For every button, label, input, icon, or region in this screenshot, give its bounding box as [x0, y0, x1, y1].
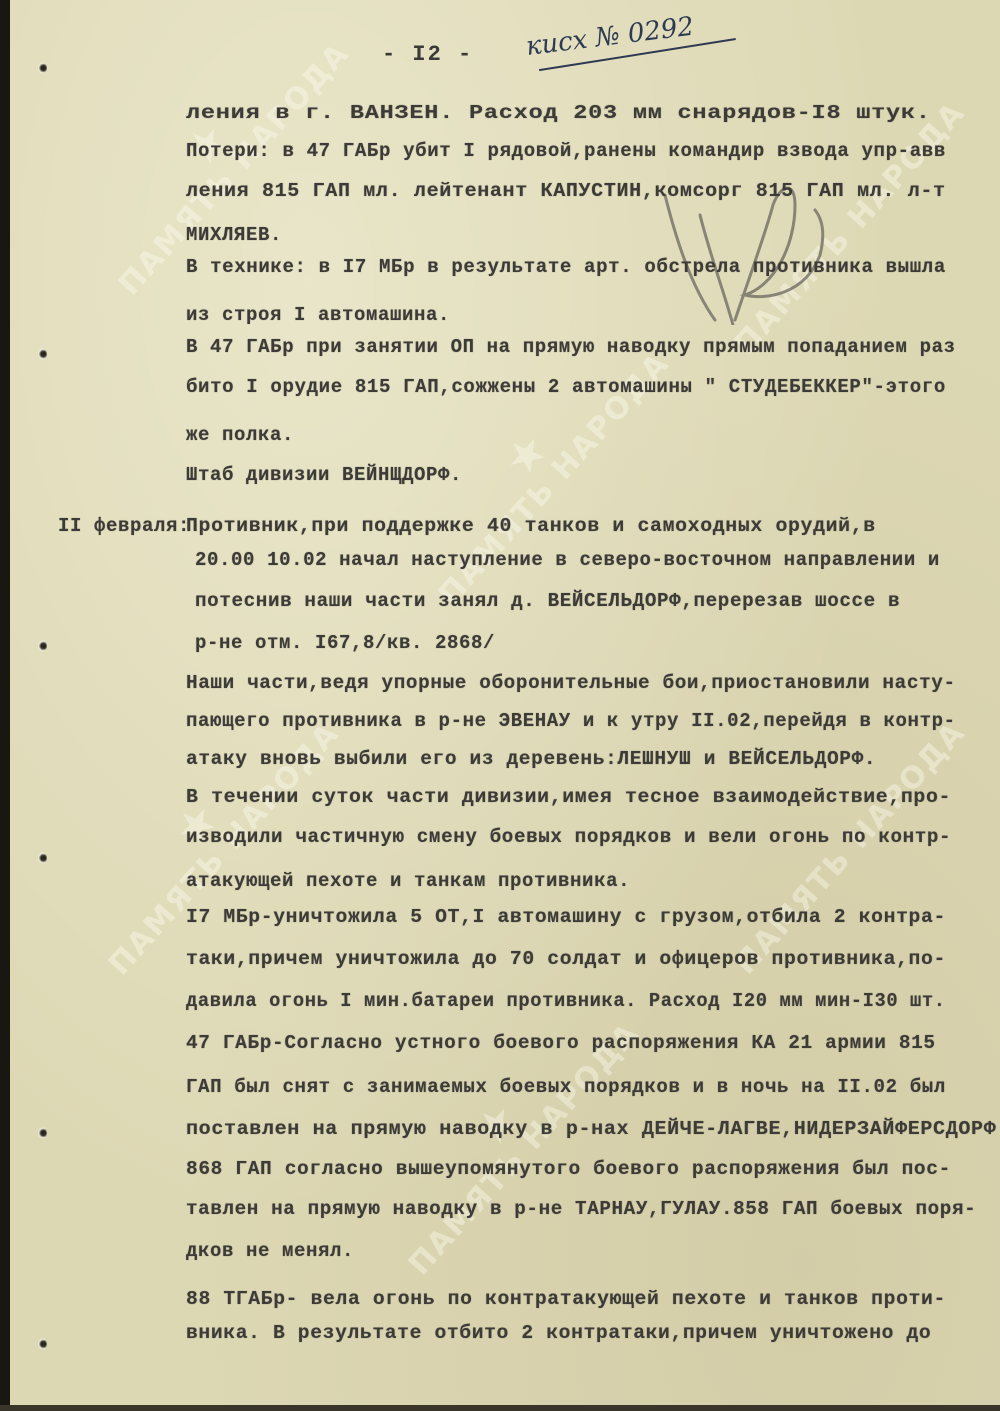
text-line: В течении суток части дивизии,имея тесно… — [186, 786, 951, 808]
text-line: поставлен на прямую наводку в р-нах ДЕЙЧ… — [186, 1118, 996, 1140]
text-line: 47 ГАБр-Согласно устного боевого распоря… — [186, 1032, 936, 1054]
text-line: В 47 ГАБр при занятии ОП на прямую навод… — [186, 336, 956, 358]
text-line: Противник,при поддержке 40 танков и само… — [186, 515, 876, 537]
text-line: Потери: в 47 ГАБр убит I рядовой,ранены … — [186, 140, 946, 162]
text-line: ления в г. ВАНЗЕН. Расход 203 мм снарядо… — [186, 102, 931, 124]
punch-hole — [38, 852, 47, 864]
text-line: тавлен на прямую наводку в р-не ТАРНАУ,Г… — [186, 1198, 976, 1220]
page-number: - I2 - — [382, 42, 473, 67]
text-line: атаку вновь выбили его из деревень:ЛЕШНУ… — [186, 748, 876, 770]
text-line: 20.00 10.02 начал наступление в северо-в… — [195, 549, 940, 571]
text-line: ГАП был снят с занимаемых боевых порядко… — [186, 1076, 946, 1098]
punch-hole — [38, 1127, 47, 1139]
text-line: МИХЛЯЕВ. — [186, 224, 282, 246]
text-line: Наши части,ведя упорные оборонительные б… — [186, 672, 956, 694]
text-line: В технике: в I7 МБр в результате арт. об… — [186, 256, 946, 278]
page-edge — [0, 1405, 1000, 1411]
text-line: таки,причем уничтожила до 70 солдат и оф… — [186, 948, 946, 970]
text-line: ления 815 ГАП мл. лейтенант КАПУСТИН,ком… — [186, 180, 946, 202]
text-line: атакующей пехоте и танкам противника. — [186, 870, 630, 892]
text-line: 868 ГАП согласно вышеупомянутого боевого… — [186, 1158, 951, 1180]
text-line: бито I орудие 815 ГАП,сожжены 2 автомаши… — [186, 376, 946, 398]
archive-reference: кисх № 0292 — [524, 12, 695, 62]
date-label: II февраля: — [58, 515, 190, 537]
text-line: изводили частичную смену боевых порядков… — [186, 826, 951, 848]
text-line: I7 МБр-уничтожила 5 ОТ,I автомашину с гр… — [186, 906, 946, 928]
text-line: дков не менял. — [186, 1240, 354, 1262]
text-line: р-не отм. I67,8/кв. 2868/ — [195, 632, 495, 654]
document-page: ★ПАМЯТЬ НАРОДА ★ПАМЯТЬ НАРОДА ПАМЯТЬ НАР… — [10, 0, 1000, 1405]
punch-hole — [38, 640, 47, 652]
punch-hole — [38, 62, 47, 74]
text-line: потеснив наши части занял д. ВЕЙСЕЛЬДОРФ… — [195, 590, 900, 612]
punch-hole — [38, 348, 47, 360]
text-line: 88 ТГАБр- вела огонь по контратакующей п… — [186, 1288, 946, 1310]
watermark: ПАМЯТЬ НАРОДА — [730, 97, 971, 360]
text-line: Штаб дивизии ВЕЙНЩДОРФ. — [186, 464, 462, 486]
punch-hole — [38, 1338, 47, 1350]
text-line: из строя I автомашина. — [186, 304, 450, 326]
text-line: давила огонь I мин.батареи противника. Р… — [186, 990, 946, 1012]
text-line: вника. В результате отбито 2 контратаки,… — [186, 1322, 931, 1344]
text-line: пающего противника в р-не ЭВЕНАУ и к утр… — [186, 710, 956, 732]
text-line: же полка. — [186, 424, 294, 446]
